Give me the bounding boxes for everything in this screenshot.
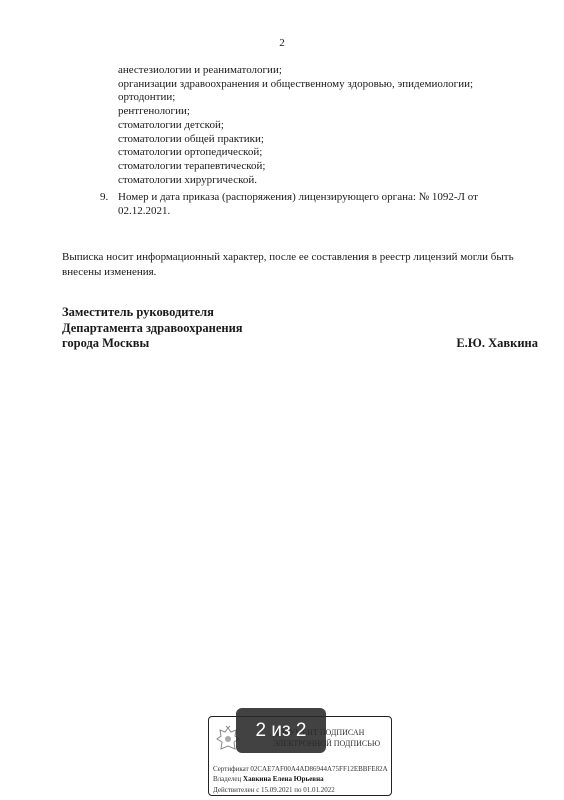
list-item: стоматологии детской; xyxy=(118,119,473,133)
list-item: стоматологии хирургической. xyxy=(118,174,473,188)
order-info: 9.Номер и дата приказа (распоряжения) ли… xyxy=(100,190,478,218)
page-indicator: 2 из 2 xyxy=(236,708,326,753)
item-number: 9. xyxy=(100,190,118,204)
order-line-2: 02.12.2021. xyxy=(100,204,478,218)
list-item: стоматологии ортопедической; xyxy=(118,146,473,160)
list-item: рентгенологии; xyxy=(118,105,473,119)
signatory-name: Е.Ю. Хавкина xyxy=(456,336,538,351)
list-item: стоматологии общей практики; xyxy=(118,133,473,147)
certificate-line: Сертификат 02CAE7AF00A4AD86944A75FF12EBB… xyxy=(213,764,388,774)
order-line-1: Номер и дата приказа (распоряжения) лице… xyxy=(118,191,478,203)
page-number: 2 xyxy=(0,37,564,49)
notice-text: Выписка носит информационный характер, п… xyxy=(62,250,542,279)
list-item: ортодонтии; xyxy=(118,91,473,105)
owner-line: Владелец Хавкина Елена Юрьевна xyxy=(213,774,324,784)
signatory-title: Заместитель руководителя Департамента зд… xyxy=(62,305,243,352)
list-item: стоматологии терапевтической; xyxy=(118,160,473,174)
validity-line: Действителен с 15.09.2021 по 01.01.2022 xyxy=(213,785,335,795)
signatory-line-1: Заместитель руководителя xyxy=(62,305,243,321)
signatory-line-2: Департамента здравоохранения xyxy=(62,321,243,337)
signatory-line-3: города Москвы xyxy=(62,336,243,352)
list-item: организации здравоохранения и общественн… xyxy=(118,78,473,92)
list-item: анестезиологии и реаниматологии; xyxy=(118,64,473,78)
specialties-list: анестезиологии и реаниматологии; организ… xyxy=(118,64,473,187)
